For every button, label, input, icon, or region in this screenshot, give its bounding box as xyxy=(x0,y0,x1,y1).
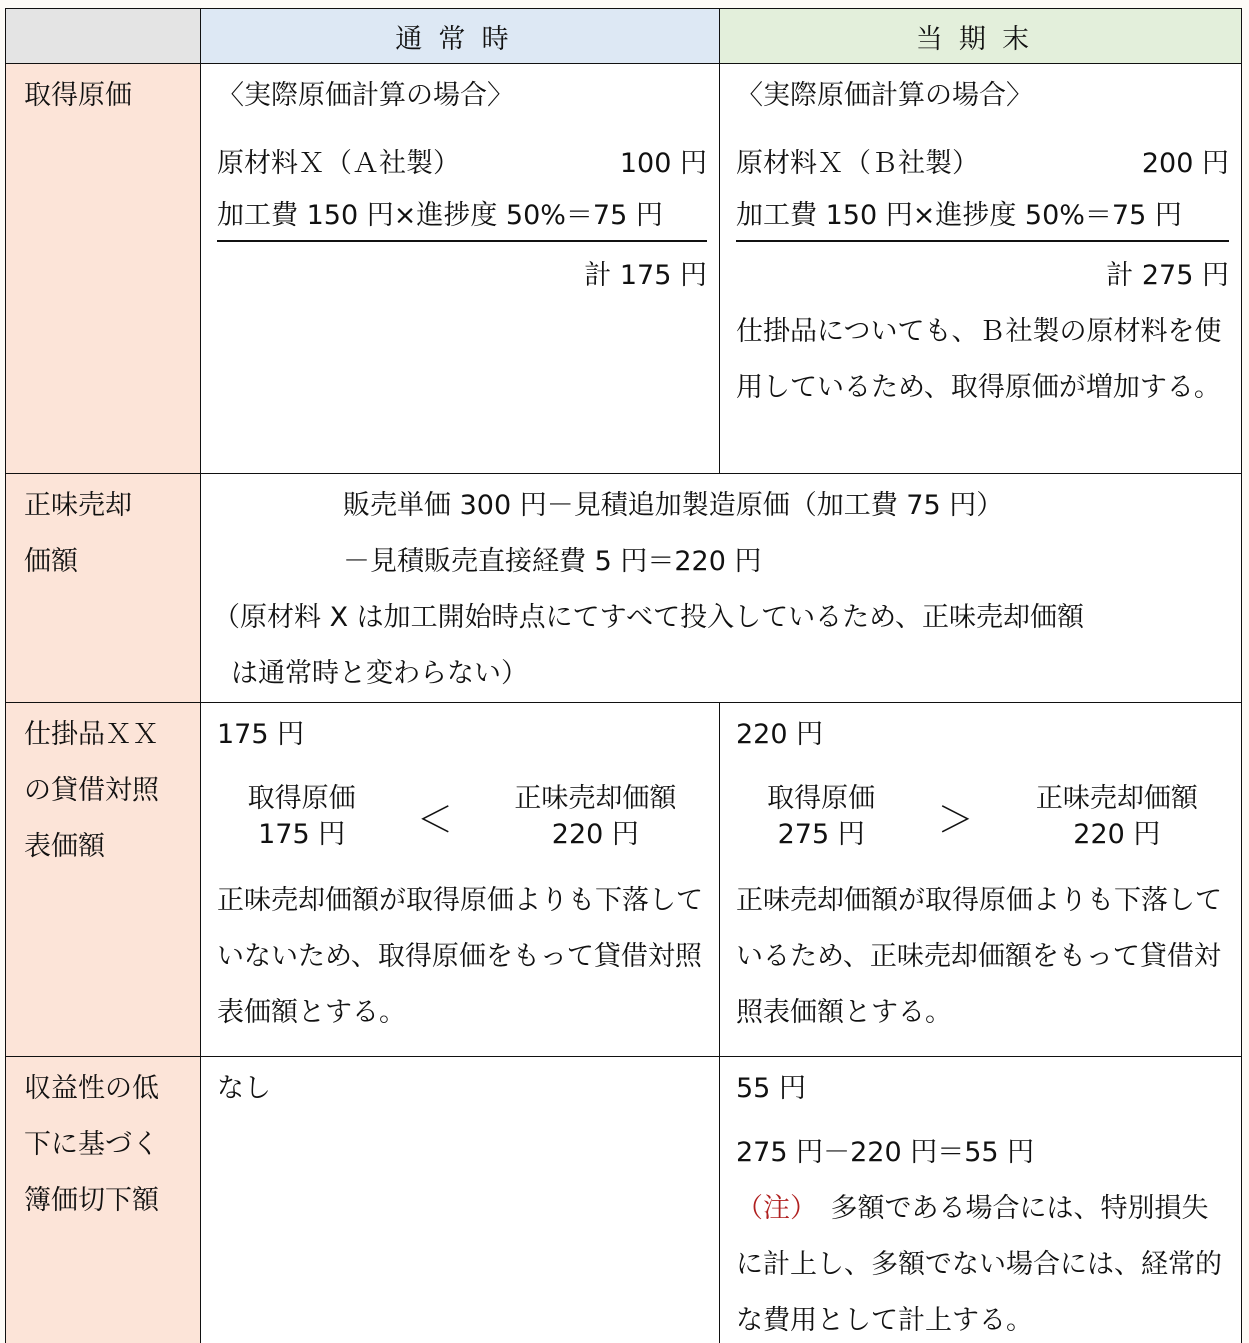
label-line: の貸借対照 xyxy=(24,763,200,819)
processing-line: 加工費 150 円×進捗度 50%＝75 円 xyxy=(217,192,707,242)
comparison-right: 正味売却価額 220 円 xyxy=(1036,781,1198,853)
cell-acquisition-period-end: 〈実際原価計算の場合〉 原材料Ｘ（Ｂ社製） 200 円 加工費 150 円×進捗… xyxy=(720,64,1242,474)
comparison-left: 取得原価 175 円 xyxy=(248,781,356,853)
nrv-line-4: は通常時と変わらない） xyxy=(213,646,1233,702)
row-balance-sheet-value: 仕掛品ＸＸ の貸借対照 表価額 175 円 取得原価 175 円 ＜ 正味売却価… xyxy=(6,703,1242,1057)
header-period-end: 当期末 xyxy=(720,9,1242,64)
calc-heading: 〈実際原価計算の場合〉 xyxy=(217,68,707,124)
row-acquisition-cost: 取得原価 〈実際原価計算の場合〉 原材料Ｘ（Ａ社製） 100 円 加工費 150… xyxy=(6,64,1242,474)
note-text: 多額である場合には、特別損失に計上し、多額でない場合には、経常的な費用として計上… xyxy=(736,1193,1222,1336)
greater-than-operator: ＞ xyxy=(937,792,973,843)
cell-bs-normal: 175 円 取得原価 175 円 ＜ 正味売却価額 220 円 正味売却価額が取… xyxy=(201,703,720,1057)
processing-line: 加工費 150 円×進捗度 50%＝75 円 xyxy=(736,192,1229,242)
calc-heading: 〈実際原価計算の場合〉 xyxy=(736,68,1229,124)
comparison-right: 正味売却価額 220 円 xyxy=(514,781,676,853)
bs-value: 175 円 xyxy=(217,707,707,763)
material-label: 原材料Ｘ（Ｂ社製） xyxy=(736,136,979,192)
label-line: 収益性の低 xyxy=(24,1061,200,1117)
cell-writedown-normal: なし xyxy=(201,1057,720,1343)
row-label-acquisition: 取得原価 xyxy=(6,64,201,474)
comparison-left: 取得原価 275 円 xyxy=(767,781,875,853)
material-value: 100 円 xyxy=(620,136,707,192)
label-line: 正味売却 xyxy=(24,478,200,534)
comparison-left-value: 175 円 xyxy=(248,817,356,853)
total-line: 計 275 円 xyxy=(736,248,1229,304)
material-value: 200 円 xyxy=(1142,136,1229,192)
row-label-nrv: 正味売却 価額 xyxy=(6,474,201,703)
label-text: 取得原価 xyxy=(24,68,200,124)
cell-nrv: 販売単価 300 円－見積追加製造原価（加工費 75 円） －見積販売直接経費 … xyxy=(201,474,1242,703)
less-than-operator: ＜ xyxy=(417,792,453,843)
comparison-left-title: 取得原価 xyxy=(767,781,875,817)
comparison-left-value: 275 円 xyxy=(767,817,875,853)
comparison-left-title: 取得原価 xyxy=(248,781,356,817)
comparison-right-value: 220 円 xyxy=(1036,817,1198,853)
cell-bs-period-end: 220 円 取得原価 275 円 ＞ 正味売却価額 220 円 正味売却価額が取… xyxy=(720,703,1242,1057)
cell-acquisition-normal: 〈実際原価計算の場合〉 原材料Ｘ（Ａ社製） 100 円 加工費 150 円×進捗… xyxy=(201,64,720,474)
row-net-realizable-value: 正味売却 価額 販売単価 300 円－見積追加製造原価（加工費 75 円） －見… xyxy=(6,474,1242,703)
writedown-calc: 275 円－220 円＝55 円 xyxy=(736,1125,1229,1181)
header-row: 通常時 当期末 xyxy=(6,9,1242,64)
bs-value: 220 円 xyxy=(736,707,1229,763)
nrv-line-1: 販売単価 300 円－見積追加製造原価（加工費 75 円） xyxy=(213,478,1233,534)
label-line: 表価額 xyxy=(24,819,200,875)
nrv-line-3: （原材料 X は加工開始時点にてすべて投入しているため、正味売却価額 xyxy=(213,590,1233,646)
row-label-writedown: 収益性の低 下に基づく 簿価切下額 xyxy=(6,1057,201,1343)
header-normal: 通常時 xyxy=(201,9,720,64)
label-line: 簿価切下額 xyxy=(24,1173,200,1229)
writedown-value: 55 円 xyxy=(736,1061,1229,1117)
label-line: 価額 xyxy=(24,534,200,590)
material-line: 原材料Ｘ（Ａ社製） 100 円 xyxy=(217,136,707,192)
comparison: 取得原価 275 円 ＞ 正味売却価額 220 円 xyxy=(736,781,1229,853)
writedown-value: なし xyxy=(217,1061,707,1117)
writedown-note: （注） 多額である場合には、特別損失に計上し、多額でない場合には、経常的な費用と… xyxy=(736,1181,1229,1343)
label-line: 仕掛品ＸＸ xyxy=(24,707,200,763)
comparison: 取得原価 175 円 ＜ 正味売却価額 220 円 xyxy=(217,781,707,853)
comparison-right-title: 正味売却価額 xyxy=(514,781,676,817)
note-text: 正味売却価額が取得原価よりも下落していないため、取得原価をもって貸借対照表価額と… xyxy=(217,873,707,1041)
row-writedown: 収益性の低 下に基づく 簿価切下額 なし 55 円 275 円－220 円＝55… xyxy=(6,1057,1242,1343)
comparison-right-value: 220 円 xyxy=(514,817,676,853)
label-line: 下に基づく xyxy=(24,1117,200,1173)
comparison-table: 通常時 当期末 取得原価 〈実際原価計算の場合〉 原材料Ｘ（Ａ社製） 100 円… xyxy=(5,8,1242,1343)
row-label-bs-value: 仕掛品ＸＸ の貸借対照 表価額 xyxy=(6,703,201,1057)
note-text: 仕掛品についても、Ｂ社製の原材料を使用しているため、取得原価が増加する。 xyxy=(736,304,1229,416)
header-corner xyxy=(6,9,201,64)
cell-writedown-period-end: 55 円 275 円－220 円＝55 円 （注） 多額である場合には、特別損失… xyxy=(720,1057,1242,1343)
note-text: 正味売却価額が取得原価よりも下落しているため、正味売却価額をもって貸借対照表価額… xyxy=(736,873,1229,1041)
comparison-right-title: 正味売却価額 xyxy=(1036,781,1198,817)
material-line: 原材料Ｘ（Ｂ社製） 200 円 xyxy=(736,136,1229,192)
material-label: 原材料Ｘ（Ａ社製） xyxy=(217,136,460,192)
nrv-line-2: －見積販売直接経費 5 円＝220 円 xyxy=(213,534,1233,590)
note-marker: （注） xyxy=(736,1193,804,1224)
total-line: 計 175 円 xyxy=(217,248,707,304)
